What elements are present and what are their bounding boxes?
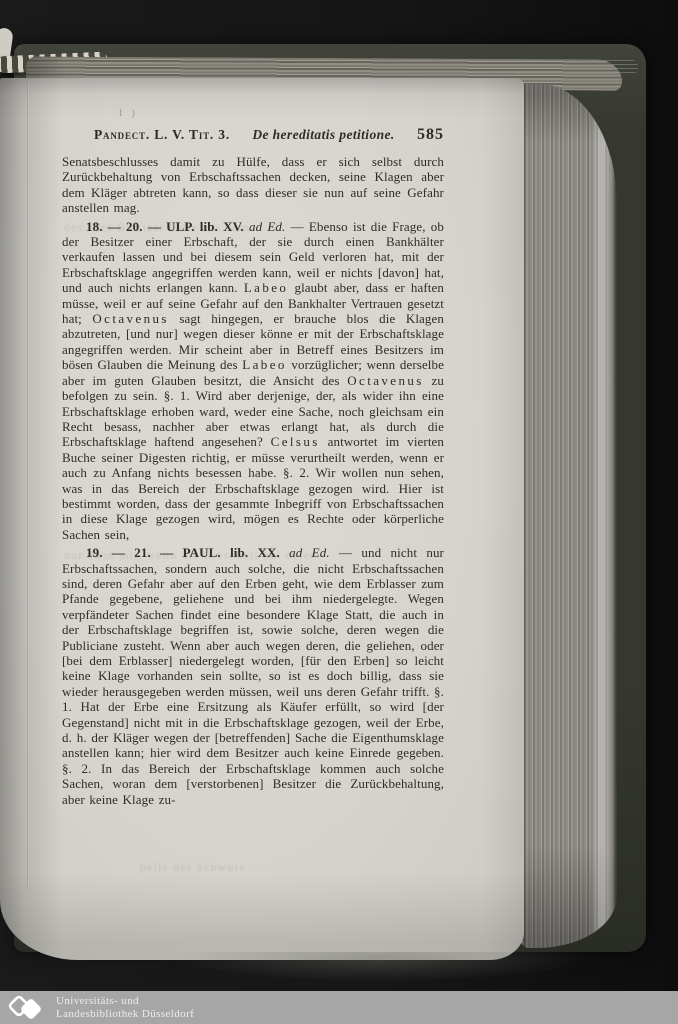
book-scan-photo: 1 ) Pandect. L. V. Tit. 3. De hereditati…	[0, 0, 678, 1024]
library-name-line1: Universitäts- und	[56, 995, 194, 1008]
library-name-line2: Landesbibliothek Düsseldorf	[56, 1008, 194, 1021]
pencil-mark: 1 )	[118, 108, 138, 119]
page-stack-fore-edge	[521, 84, 617, 948]
ulb-logo-icon	[5, 992, 47, 1023]
book-page: 1 ) Pandect. L. V. Tit. 3. De hereditati…	[0, 78, 524, 960]
running-head-chapter: De hereditatis petitione.	[252, 127, 394, 143]
ghost-line: des. Der Besitzer hatte aus dem	[64, 220, 249, 235]
book-bottom-shadow	[170, 952, 590, 982]
running-head: Pandect. L. V. Tit. 3. De hereditatis pe…	[62, 126, 444, 144]
paragraph: Senatsbeschlusses damit zu Hülfe, dass e…	[62, 154, 444, 216]
page-number: 585	[417, 126, 444, 144]
ghost-line: pelle des Schwurs	[140, 860, 245, 875]
ghost-line: nur dann mit, wenn die Erbschaft bei der…	[64, 548, 317, 563]
running-head-title: Pandect. L. V. Tit. 3.	[94, 127, 230, 143]
library-name: Universitäts- und Landesbibliothek Düsse…	[56, 995, 194, 1020]
paragraph: 18. — 20. — ULP. lib. XV. ad Ed. — Ebens…	[62, 219, 444, 543]
paragraph: 19. — 21. — PAUL. lib. XX. ad Ed. — und …	[62, 545, 444, 807]
library-footer-bar: Universitäts- und Landesbibliothek Düsse…	[0, 991, 678, 1024]
page-text: Senatsbeschlusses damit zu Hülfe, dass e…	[62, 154, 444, 807]
page-fold-line	[27, 82, 29, 890]
